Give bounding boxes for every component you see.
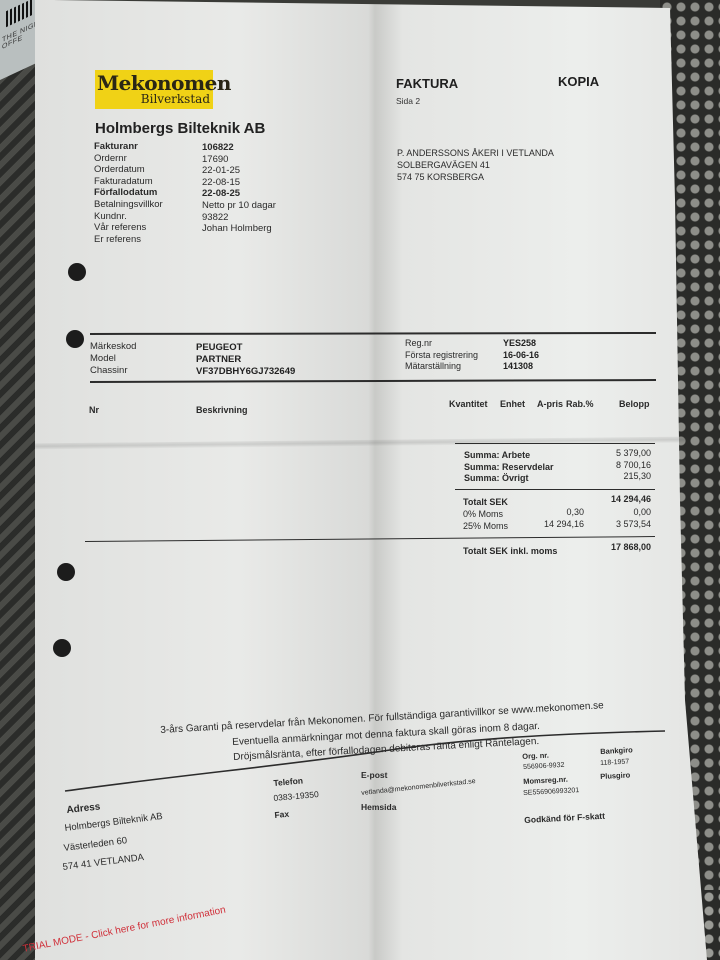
subtotal-value: 8 700,16 (616, 460, 651, 470)
info-label: Betalningsvillkor (94, 199, 163, 210)
document-title: FAKTURA (396, 76, 458, 91)
vehicle-label: Märkeskod (90, 341, 136, 352)
footer-website-label: Hemsida (361, 802, 396, 812)
divider (455, 489, 655, 490)
col-quantity: Kvantitet (449, 399, 488, 409)
vat-base: 0,30 (566, 507, 584, 517)
vat-value: 3 573,54 (616, 519, 651, 529)
info-label: Vår referens (94, 222, 146, 233)
vat-label: 25% Moms (463, 521, 508, 531)
col-amount: Belopp (619, 399, 650, 409)
info-label: Kundnr. (94, 211, 127, 222)
footer-bankgiro-label: Bankgiro (600, 745, 633, 756)
punch-hole (68, 263, 86, 281)
vehicle-value: VF37DBHY6GJ732649 (196, 366, 295, 377)
vehicle-label: Model (90, 353, 116, 364)
recipient-street: SOLBERGAVÄGEN 41 (397, 160, 490, 170)
info-value: 22-08-15 (202, 177, 240, 188)
vehicle-value: 141308 (503, 361, 533, 371)
info-value: 106822 (202, 142, 234, 153)
info-value: Johan Holmberg (202, 223, 272, 234)
vehicle-value: YES258 (503, 338, 536, 348)
col-discount: Rab.% (566, 399, 594, 409)
subtotal-label: Summa: Övrigt (464, 473, 529, 483)
vehicle-label: Mätarställning (405, 361, 461, 371)
subtotal-value: 215,30 (623, 471, 651, 481)
vat-base: 14 294,16 (544, 519, 584, 529)
punch-hole (53, 639, 71, 657)
info-label: Fakturanr (94, 141, 138, 152)
company-name: Holmbergs Bilteknik AB (95, 120, 265, 137)
subtotal-label: Summa: Arbete (464, 450, 530, 460)
total-value: 14 294,46 (611, 494, 651, 504)
vehicle-value: 16-06-16 (503, 350, 539, 360)
grand-total-value: 17 868,00 (611, 542, 651, 552)
recipient-city: 574 75 KORSBERGA (397, 172, 484, 182)
vat-label: 0% Moms (463, 509, 503, 519)
divider (455, 443, 655, 444)
info-label: Ordernr (94, 153, 127, 164)
footer-plusgiro-label: Plusgiro (600, 770, 630, 781)
info-value: 93822 (202, 212, 228, 223)
info-label: Orderdatum (94, 164, 145, 175)
grand-total-label: Totalt SEK inkl. moms (463, 546, 557, 556)
footer-divider (60, 725, 670, 795)
punch-hole (57, 563, 75, 581)
info-label: Förfallodatum (94, 187, 157, 198)
page-number: Sida 2 (396, 96, 420, 106)
col-unit-price: A-pris (537, 399, 563, 409)
copy-label: KOPIA (558, 74, 599, 89)
footer-org-label: Org. nr. (522, 751, 549, 761)
punch-hole (66, 330, 84, 348)
col-description: Beskrivning (196, 405, 248, 415)
vehicle-label: Chassinr (90, 365, 128, 376)
subtotal-label: Summa: Reservdelar (464, 462, 554, 472)
info-value: 22-08-25 (202, 188, 240, 199)
col-unit: Enhet (500, 399, 525, 409)
col-nr: Nr (89, 405, 99, 415)
info-value: 22-01-25 (202, 165, 240, 176)
vehicle-label: Reg.nr (405, 338, 432, 348)
info-value: Netto pr 10 dagar (202, 200, 276, 211)
total-label: Totalt SEK (463, 497, 508, 507)
info-label: Er referens (94, 234, 141, 245)
footer-email-label: E-post (361, 770, 387, 780)
vat-value: 0,00 (633, 507, 651, 517)
vehicle-value: PARTNER (196, 354, 241, 365)
subtotal-value: 5 379,00 (616, 448, 651, 458)
info-value: 17690 (202, 154, 228, 165)
recipient-name: P. ANDERSSONS ÅKERI I VETLANDA (397, 148, 554, 158)
vehicle-label: Första registrering (405, 350, 478, 360)
footer-fax-label: Fax (274, 809, 289, 820)
vehicle-value: PEUGEOT (196, 342, 242, 353)
info-label: Fakturadatum (94, 176, 153, 187)
logo-subtitle: Bilverkstad (141, 92, 210, 106)
barcode-icon (6, 0, 32, 27)
mekonomen-logo: Mekonomen Bilverkstad (95, 70, 213, 109)
